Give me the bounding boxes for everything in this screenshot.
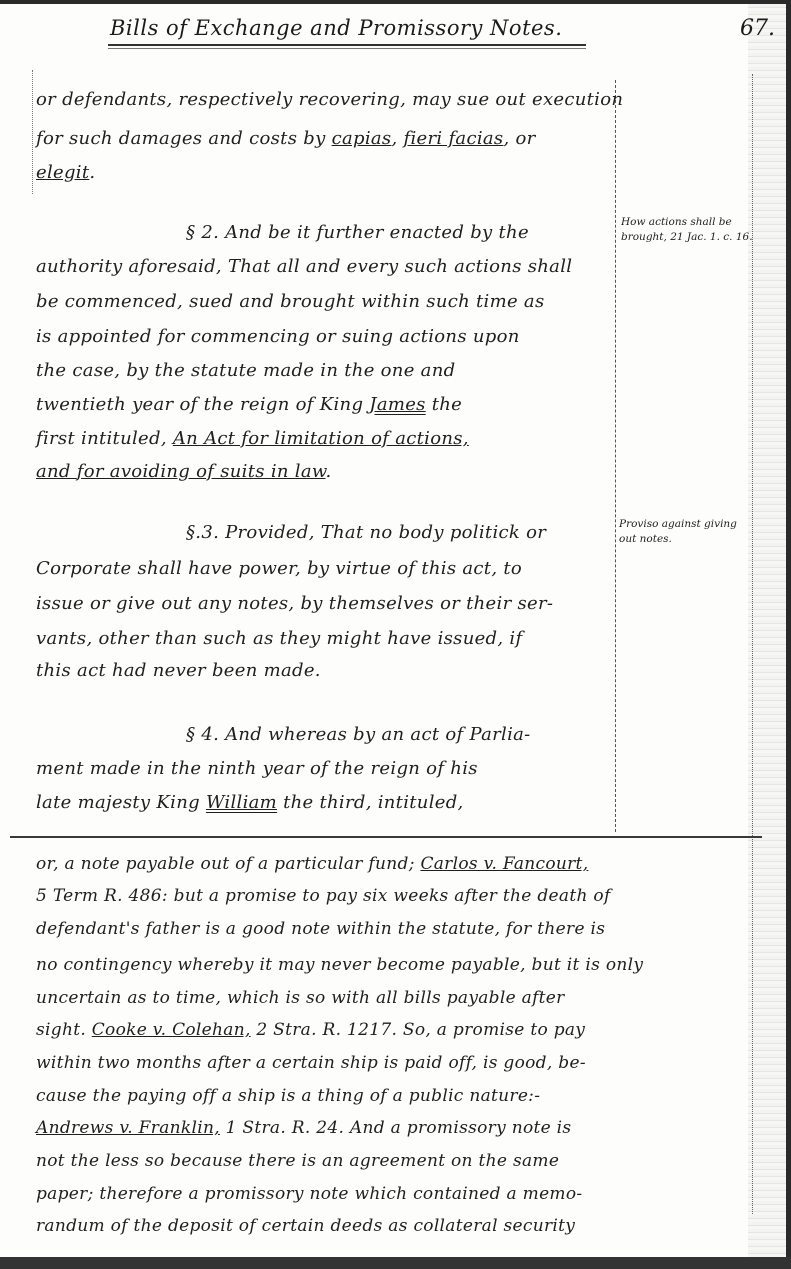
footnote-line: not the less so because there is an agre… — [36, 1151, 559, 1171]
page-title: Bills of Exchange and Promissory Notes. — [110, 16, 562, 40]
text-line: be commenced, sued and brought within su… — [36, 291, 545, 312]
footnote-line: or, a note payable out of a particular f… — [36, 854, 588, 874]
footnote-line: sight. Cooke v. Colehan, 2 Stra. R. 1217… — [36, 1020, 585, 1040]
text-segment: . — [325, 461, 331, 482]
footnote-line: defendant's father is a good note within… — [36, 919, 605, 939]
text-line: or defendants, respectively recovering, … — [36, 89, 623, 110]
page-edge-right — [748, 4, 786, 1261]
text-segment: twentieth year of the reign of King — [36, 394, 369, 415]
footnote-divider — [10, 836, 762, 838]
text-line: is appointed for commencing or suing act… — [36, 326, 520, 347]
section-3-heading: §.3. Provided, That no body politick or — [186, 522, 546, 543]
title-underline — [108, 44, 586, 49]
footnote-line: cause the paying off a ship is a thing o… — [36, 1086, 540, 1106]
text-line: the case, by the statute made in the one… — [36, 360, 455, 381]
text-segment: or, a note payable out of a particular f… — [36, 854, 420, 874]
page-edge-bottom — [0, 1257, 791, 1269]
text-line: authority aforesaid, That all and every … — [36, 256, 572, 277]
act-title-cont: for avoiding of suits in law — [77, 461, 326, 482]
case-citation: Cooke v. Colehan, — [92, 1020, 251, 1040]
margin-note-line: How actions shall be — [621, 215, 753, 230]
footnote-line: paper; therefore a promissory note which… — [36, 1184, 582, 1204]
margin-note-line: Proviso against giving — [619, 517, 737, 532]
text-segment: for such damages and costs by — [36, 128, 332, 149]
text-line: for such damages and costs by capias, fi… — [36, 128, 536, 149]
text-line: ment made in the ninth year of the reign… — [36, 758, 478, 779]
footnote-line: uncertain as to time, which is so with a… — [36, 988, 565, 1008]
text-segment: and — [36, 461, 77, 482]
name-james: James — [369, 394, 425, 415]
text-line: elegit. — [36, 162, 95, 183]
text-segment: late majesty King — [36, 792, 206, 813]
text-line: late majesty King William the third, int… — [36, 792, 464, 813]
text-segment: , or — [503, 128, 535, 149]
text-segment: the — [426, 394, 462, 415]
manuscript-page: Bills of Exchange and Promissory Notes. … — [0, 4, 786, 1261]
legal-term-fieri-facias: fieri facias — [404, 128, 504, 149]
text-line: and for avoiding of suits in law. — [36, 461, 331, 482]
margin-note-proviso: Proviso against giving out notes. — [619, 517, 737, 547]
text-segment: . — [89, 162, 95, 183]
act-title: An Act for limitation of actions, — [173, 428, 469, 449]
left-margin-rule — [32, 70, 33, 194]
margin-note-line: out notes. — [619, 532, 737, 547]
text-segment: 1 Stra. R. 24. And a promissory note is — [220, 1118, 572, 1138]
footnote-line: 5 Term R. 486: but a promise to pay six … — [36, 886, 611, 906]
footnote-line: Andrews v. Franklin, 1 Stra. R. 24. And … — [36, 1118, 571, 1138]
legal-term-capias: capias — [332, 128, 392, 149]
outer-margin-rule — [752, 74, 753, 1214]
text-line: this act had never been made. — [36, 660, 321, 681]
text-line: first intituled, An Act for limitation o… — [36, 428, 469, 449]
name-william: William — [206, 792, 277, 813]
footnote-line: no contingency whereby it may never beco… — [36, 955, 643, 975]
text-segment: sight. — [36, 1020, 92, 1040]
footnote-line: randum of the deposit of certain deeds a… — [36, 1216, 575, 1236]
margin-note-line: brought, 21 Jac. 1. c. 16. — [621, 230, 753, 245]
footnote-line: within two months after a certain ship i… — [36, 1053, 586, 1073]
text-segment: the third, intituled, — [277, 792, 464, 813]
text-line: Corporate shall have power, by virtue of… — [36, 558, 522, 579]
text-segment: , — [391, 128, 403, 149]
margin-rule — [615, 80, 616, 832]
margin-note-actions: How actions shall be brought, 21 Jac. 1.… — [621, 215, 753, 245]
legal-term-elegit: elegit — [36, 162, 89, 183]
text-segment: first intituled, — [36, 428, 173, 449]
section-2-heading: § 2. And be it further enacted by the — [186, 222, 529, 243]
page-number: 67. — [740, 16, 775, 41]
text-line: issue or give out any notes, by themselv… — [36, 593, 553, 614]
case-citation: Andrews v. Franklin, — [36, 1118, 220, 1138]
text-line: twentieth year of the reign of King Jame… — [36, 394, 462, 415]
section-4-heading: § 4. And whereas by an act of Parlia- — [186, 724, 531, 745]
case-citation: Carlos v. Fancourt, — [420, 854, 588, 874]
text-line: vants, other than such as they might hav… — [36, 628, 522, 649]
text-segment: 2 Stra. R. 1217. So, a promise to pay — [251, 1020, 586, 1040]
